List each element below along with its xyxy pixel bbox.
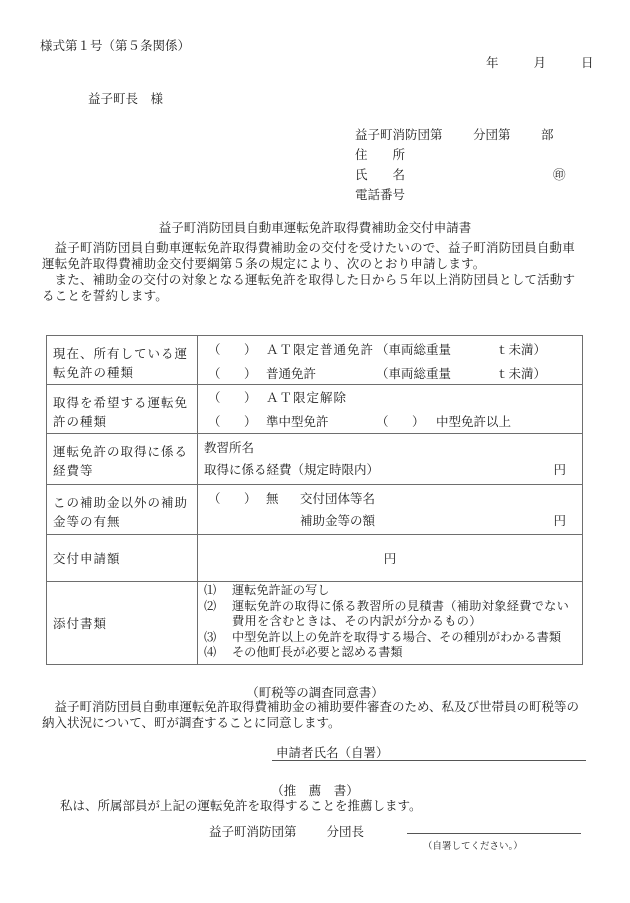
- desired-license-label: 取得を希望する運転免許の種類: [47, 385, 198, 434]
- affiliation-branch: 分団第: [473, 125, 511, 145]
- attachment-item: ⑶ 中型免許以上の免許を取得する場合、その種別がわかる書類: [202, 630, 578, 646]
- recommender-label: 益子町消防団第 分団長: [209, 822, 364, 840]
- phone-label: 電話番号: [355, 187, 405, 202]
- statement-paragraph-2: また、補助金の交付の対象となる運転免許を取得した日から５年以上消防団員として活動…: [42, 272, 587, 304]
- consent-statement: 益子町消防団員自動車運転免許取得費補助金の補助要件審査のため、私及び世帯員の町税…: [42, 699, 587, 731]
- applicant-signature-label: 申請者氏名（自署）: [276, 745, 389, 760]
- applicant-address: 住 所: [355, 145, 443, 165]
- seal-icon: ㊞: [553, 165, 566, 185]
- attachments-list: ⑴ 運転免許証の写し ⑵ 運転免許の取得に係る教習所の見積書（補助対象経費でない…: [198, 582, 583, 665]
- option-at-limit-removal[interactable]: （ ） ＡＴ限定解除: [204, 388, 576, 407]
- other-subsidies-label: この補助金以外の補助金等の有無: [47, 485, 198, 535]
- signature-note: （自署してください。）: [423, 838, 523, 852]
- acquisition-cost-field[interactable]: 取得に係る経費（規定時限内） 円: [204, 460, 576, 479]
- attachment-item: ⑴ 運転免許証の写し: [202, 583, 578, 599]
- address-label: 住 所: [355, 147, 405, 162]
- current-license-options: （ ） ＡＴ限定普通免許 （車両総重量 ｔ未満） （ ） 普通免許 （車両総重量…: [198, 336, 583, 385]
- affiliation-prefix: 益子町消防団第: [355, 127, 443, 142]
- attachment-item: ⑷ その他町長が必要と認める書類: [202, 645, 578, 661]
- applicant-name: 氏 名 ㊞: [355, 165, 443, 185]
- costs-values: 教習所名 取得に係る経費（規定時限内） 円: [198, 434, 583, 485]
- desired-license-options: （ ） ＡＴ限定解除 （ ） 準中型免許 （ ） 中型免許以上: [198, 385, 583, 434]
- applicant-affiliation: 益子町消防団第 分団第 部: [355, 125, 443, 145]
- requested-amount-field[interactable]: 円: [198, 535, 583, 582]
- statement-paragraph-1: 益子町消防団員自動車運転免許取得費補助金の交付を受けたいので、益子町消防団員自動…: [42, 240, 587, 272]
- affiliation-unit: 部: [541, 125, 554, 145]
- consent-text: 益子町消防団員自動車運転免許取得費補助金の補助要件審査のため、私及び世帯員の町税…: [42, 699, 587, 731]
- date-year-label: 年: [486, 53, 499, 71]
- date-month-label: 月: [533, 53, 546, 71]
- driving-school-name-field[interactable]: 教習所名: [204, 438, 576, 457]
- table-row-costs: 運転免許の取得に係る経費等 教習所名 取得に係る経費（規定時限内） 円: [47, 434, 583, 485]
- name-label: 氏 名: [355, 167, 405, 182]
- attachments-label: 添付書類: [47, 582, 198, 665]
- option-medium-license-open[interactable]: （: [376, 412, 389, 431]
- yen-unit: 円: [553, 460, 566, 479]
- other-subsidies-values: （ ） 無 交付団体等名 補助金等の額 円: [198, 485, 583, 535]
- form-number: 様式第１号（第５条関係）: [40, 36, 190, 54]
- option-no-other-subsidy[interactable]: （ ） 無 交付団体等名: [204, 489, 576, 508]
- recommendation-text: 私は、所属部員が上記の運転免許を取得することを推薦します。: [60, 796, 422, 814]
- date-day-label: 日: [581, 53, 594, 71]
- option-semi-medium-license[interactable]: （ ） 準中型免許 （ ） 中型免許以上: [204, 412, 576, 431]
- recommender-prefix: 益子町消防団第: [209, 824, 297, 839]
- applicant-phone: 電話番号: [355, 185, 443, 205]
- option-medium-license: 中型免許以上: [436, 412, 511, 431]
- other-subsidy-amount-field[interactable]: 補助金等の額 円: [204, 511, 576, 530]
- yen-unit: 円: [553, 511, 566, 530]
- table-row-requested-amount: 交付申請額 円: [47, 535, 583, 582]
- application-table: 現在、所有している運転免許の種類 （ ） ＡＴ限定普通免許 （車両総重量 ｔ未満…: [46, 335, 583, 665]
- option-regular-license[interactable]: （ ） 普通免許 （車両総重量 ｔ未満）: [204, 364, 576, 383]
- applicant-info-block: 益子町消防団第 分団第 部 住 所 氏 名 ㊞ 電話番号: [355, 125, 443, 205]
- costs-label: 運転免許の取得に係る経費等: [47, 434, 198, 485]
- application-form-page: 様式第１号（第５条関係） 年 月 日 益子町長 様 益子町消防団第 分団第 部 …: [0, 0, 630, 903]
- applicant-signature-field[interactable]: 申請者氏名（自署）: [272, 743, 586, 761]
- table-row-desired-license: 取得を希望する運転免許の種類 （ ） ＡＴ限定解除 （ ） 準中型免許 （ ） …: [47, 385, 583, 434]
- yen-unit: 円: [384, 551, 397, 566]
- attachment-item: ⑵ 運転免許の取得に係る教習所の見積書（補助対象経費でない費用を含むときは、その…: [202, 599, 578, 630]
- requested-amount-label: 交付申請額: [47, 535, 198, 582]
- application-statement: 益子町消防団員自動車運転免許取得費補助金の交付を受けたいので、益子町消防団員自動…: [42, 240, 587, 304]
- addressee: 益子町長 様: [88, 89, 163, 107]
- recommender-suffix: 分団長: [326, 824, 364, 839]
- granting-org-field[interactable]: 交付団体等名: [300, 489, 375, 508]
- date-line: 年 月 日: [486, 53, 593, 71]
- table-row-attachments: 添付書類 ⑴ 運転免許証の写し ⑵ 運転免許の取得に係る教習所の見積書（補助対象…: [47, 582, 583, 665]
- option-at-limited[interactable]: （ ） ＡＴ限定普通免許 （車両総重量 ｔ未満）: [204, 340, 576, 359]
- recommender-signature-line[interactable]: [407, 833, 581, 834]
- current-license-label: 現在、所有している運転免許の種類: [47, 336, 198, 385]
- table-row-other-subsidies: この補助金以外の補助金等の有無 （ ） 無 交付団体等名 補助金等の額 円: [47, 485, 583, 535]
- table-row-current-license: 現在、所有している運転免許の種類 （ ） ＡＴ限定普通免許 （車両総重量 ｔ未満…: [47, 336, 583, 385]
- document-title: 益子町消防団員自動車運転免許取得費補助金交付申請書: [0, 218, 630, 236]
